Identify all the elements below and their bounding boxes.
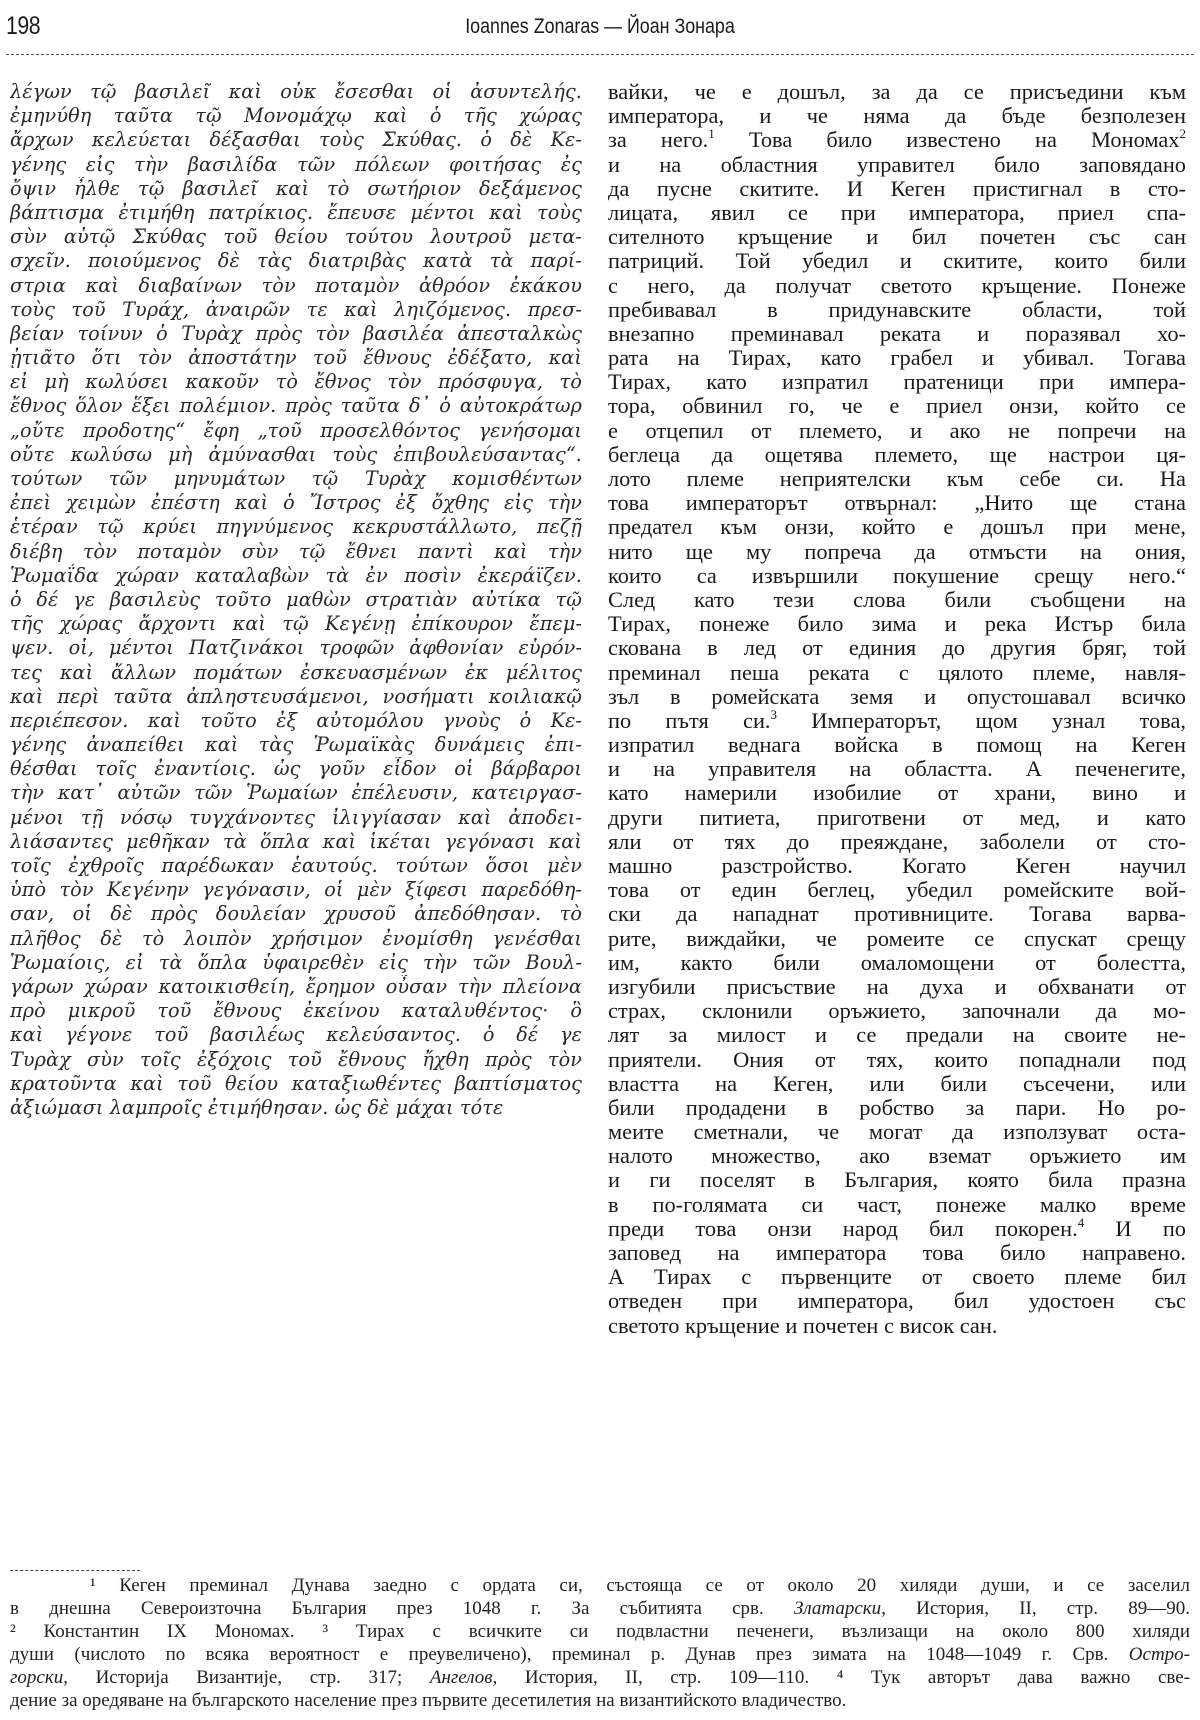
- greek-text-line: Τυρὰχ σὺν τοῖς ἐξόχοις τοῦ ἔθνους ἤχθη π…: [10, 1048, 582, 1072]
- translation-line: лото племе неприятелски към себе си. На: [608, 467, 1186, 491]
- greek-text-line: ἄρχων κελεύεται δέξασθαι τοὺς Σκύθας. ὁ …: [10, 128, 582, 152]
- greek-text-line: ᾐτιᾶτο ὅτι τὸν ἀποστάτην τοῦ ἔθνους ἐδέξ…: [10, 346, 582, 370]
- translation-line: преди това онзи народ бил покорен.4 И по: [608, 1217, 1186, 1241]
- footnote-line: горски, Историја Византије, стр. 317; Ан…: [10, 1666, 1190, 1689]
- translation-line: отведен при императора, бил удостоен със: [608, 1289, 1186, 1313]
- footnote-line: души (числото по всяка вероятност е преу…: [10, 1643, 1190, 1666]
- greek-text-line: Ῥωμαΐδα χώραν καταλαβὼν τὰ ἐν ποσὶν ἐκερ…: [10, 564, 582, 588]
- translation-line: приятели. Ония от тях, които попаднали п…: [608, 1048, 1186, 1072]
- greek-text-line: βάπτισμα ἐτιμήθη πατρίκιος. ἔπευσε μέντο…: [10, 201, 582, 225]
- translation-line: лят за милост и се предали на своите не-: [608, 1023, 1186, 1047]
- translation-line: страх, склонили оръжието, започнали да м…: [608, 999, 1186, 1023]
- translation-line: рата на Тирах, като грабел и убивал. Тог…: [608, 346, 1186, 370]
- translation-line: изгубили присъствие на духа и обхванати …: [608, 975, 1186, 999]
- page-header: 198 Ioannes Zonaras — Йоан Зонара: [6, 12, 1194, 46]
- translation-line: по пътя си.3 Императорът, щом узнал това…: [608, 709, 1186, 733]
- translation-line: сителното кръщение и бил почетен със сан: [608, 225, 1186, 249]
- greek-text-line: ὁ δέ γε βασιλεὺς τοῦτο μαθὼν στρατιὰν αὐ…: [10, 588, 582, 612]
- greek-text-line: πρὸ μικροῦ τοῦ ἔθνους ἐκείνου καταλυθέντ…: [10, 999, 582, 1023]
- translation-line: А Тирах с първенците от своето племе бил: [608, 1265, 1186, 1289]
- translation-line: нито ще му попреча да отмъсти на ония,: [608, 540, 1186, 564]
- translation-line: били продадени в робство за пари. Но ро-: [608, 1096, 1186, 1120]
- translation-line: патриций. Той убедил и скитите, които би…: [608, 249, 1186, 273]
- greek-text-line: ψεν. οἱ, μέντοι Πατζινάκοι τροφῶν ἀφθονί…: [10, 636, 582, 660]
- greek-text-line: τὴν κατ᾽ αὐτῶν τῶν Ῥωμαίων ἐπέλευσιν, κα…: [10, 781, 582, 805]
- footnote-marker: 3: [771, 709, 778, 722]
- translation-line: изпратил веднага войска в помощ на Кеген: [608, 733, 1186, 757]
- translation-line: ски да нападнат противниците. Тогава вар…: [608, 902, 1186, 926]
- translation-line: преминал пеша реката с цялото племе, нав…: [608, 661, 1186, 685]
- greek-text-line: ὑπὸ τὸν Κεγένην γεγόνασιν, οἱ μὲν ξίφεσι…: [10, 878, 582, 902]
- translation-line: вайки, че е дошъл, за да се присъедини к…: [608, 80, 1186, 104]
- translation-line: предател към онзи, който е дошъл при мен…: [608, 515, 1186, 539]
- translation-line: тора, обвинил го, че е приел онзи, който…: [608, 394, 1186, 418]
- greek-text-line: καὶ περὶ ταῦτα ἀπληστευσάμενοι, νοσήματι…: [10, 685, 582, 709]
- greek-text-line: τοὺς τοῦ Τυράχ, ἀναιρῶν τε καὶ ληιζόμενο…: [10, 298, 582, 322]
- greek-text-line: ἀξιώμασι λαμπροῖς ἐτιμήθησαν. ὡς δὲ μάχα…: [10, 1096, 582, 1120]
- footnote-line: ² Константин IX Мономах. ³ Тирах с всичк…: [10, 1620, 1190, 1643]
- translation-line: които са извършили покушение срещу него.…: [608, 564, 1186, 588]
- greek-text-line: γάρων χώραν κατοικισθείη, ἔρημον οὖσαν τ…: [10, 975, 582, 999]
- footnote-marker: 1: [708, 128, 715, 141]
- greek-text-line: „οὔτε προδοτης“ ἔφη „τοῦ προσελθόντος γε…: [10, 419, 582, 443]
- greek-text-line: εἰ μὴ κωλύσει κακοῦν τὸ ἔθνος τὸν πρόσφυ…: [10, 370, 582, 394]
- footnote-line: ¹ Кеген преминал Дунава заедно с ордата …: [10, 1574, 1190, 1597]
- greek-text-line: σχεῖν. ποιούμενος δὲ τὰς διατριβὰς κατὰ …: [10, 249, 582, 273]
- greek-text-line: πλῆθος δὲ τὸ λοιπὸν χρήσιμον ἐνομίσθη γε…: [10, 927, 582, 951]
- greek-text-line: κρατοῦντα καὶ τοῦ θείου καταξιωθέντες βα…: [10, 1072, 582, 1096]
- greek-text-line: τῆς χώρας ἄρχοντι καὶ τῷ Κεγένῃ ἐπίκουρο…: [10, 612, 582, 636]
- translation-line: им, както били омаломощени от болестта,: [608, 951, 1186, 975]
- translation-line: други питиета, приготвени от мед, и като: [608, 806, 1186, 830]
- cited-author: Ангелов: [430, 1667, 493, 1688]
- footnote-marker: 4: [1078, 1217, 1085, 1230]
- greek-text-line: Ῥωμαίοις, εἰ τὰ ὅπλα ὑφαιρεθὲν εἰς τὴν τ…: [10, 951, 582, 975]
- header-rule: [6, 54, 1194, 55]
- translation-line: Тирах, като изпратил пратеници при импер…: [608, 370, 1186, 394]
- greek-text-line: γένης εἰς τὴν βασιλίδα τῶν πόλεων φοιτήσ…: [10, 153, 582, 177]
- translation-line: в по-голямата си част, понеже малко врем…: [608, 1193, 1186, 1217]
- bulgarian-translation-column: вайки, че е дошъл, за да се присъедини к…: [608, 80, 1186, 1338]
- greek-text-line: διέβη τὸν ποταμὸν σὺν τῷ ἔθνει παντὶ καὶ…: [10, 540, 582, 564]
- cited-author: горски: [10, 1667, 63, 1688]
- translation-line: лицата, явил се при императора, приел сп…: [608, 201, 1186, 225]
- cited-author: Остро-: [1129, 1644, 1190, 1665]
- translation-line: беглеца да ощетява племето, ще настрои ц…: [608, 443, 1186, 467]
- greek-text-line: στρια καὶ διαβαίνων τὸν ποταμὸν ἀθρόον ἐ…: [10, 274, 582, 298]
- translation-line: императора, и че няма да бъде безполезен: [608, 104, 1186, 128]
- footnote-rule: [10, 1570, 140, 1571]
- greek-text-line: καὶ γέγονε τοῦ βασιλέως κελεύσαντος. ὁ δ…: [10, 1023, 582, 1047]
- translation-line: машно разстройство. Когато Кеген научил: [608, 854, 1186, 878]
- greek-text-line: γένης ἀναπείθει καὶ τὰς Ῥωμαϊκὰς δυνάμει…: [10, 733, 582, 757]
- greek-text-line: θέσθαι τοῖς ἐναντίοις. ὡς γοῦν εἶδον οἱ …: [10, 757, 582, 781]
- running-title: Ioannes Zonaras — Йоан Зонара: [95, 15, 1105, 39]
- greek-text-line: βείαν τοίνυν ὁ Τυρὰχ πρὸς τὸν βασιλέα ἀπ…: [10, 322, 582, 346]
- greek-text-line: ἐπεὶ χειμὼν ἐπέστη καὶ ὁ Ἴστρος ἐξ ὄχθης…: [10, 491, 582, 515]
- footnote-line: дение за оредяване на българското населе…: [10, 1689, 1190, 1712]
- translation-line: светото кръщение и почетен с висок сан.: [608, 1314, 1186, 1338]
- translation-line: налото множество, ако вземат оръжието им: [608, 1144, 1186, 1168]
- translation-line: заповед на императора това било направен…: [608, 1241, 1186, 1265]
- greek-text-line: περιέπεσον. καὶ τοῦτο ἐξ αὐτομόλου γνοὺς…: [10, 709, 582, 733]
- greek-text-line: λέγων τῷ βασιλεῖ καὶ οὐκ ἔσεσθαι οἱ ἀσυν…: [10, 80, 582, 104]
- translation-line: пребивавал в придунавските области, той: [608, 298, 1186, 322]
- cited-author: Златарски: [794, 1598, 881, 1619]
- translation-line: властта на Кеген, или били съсечени, или: [608, 1072, 1186, 1096]
- translation-line: внезапно преминавал реката и поразявал х…: [608, 322, 1186, 346]
- translation-line: и на областния управител било заповядано: [608, 153, 1186, 177]
- page-number: 198: [6, 12, 40, 41]
- greek-text-column: λέγων τῷ βασιλεῖ καὶ οὐκ ἔσεσθαι οἱ ἀσυν…: [10, 80, 582, 1120]
- translation-line: това императорът отвърнал: „Нито ще стан…: [608, 491, 1186, 515]
- translation-line: да пусне скитите. И Кеген пристигнал в с…: [608, 177, 1186, 201]
- greek-text-line: ἔθνος ὅλον ἕξει πολέμιον. πρὸς ταῦτα δ᾽ …: [10, 394, 582, 418]
- translation-line: яли от тях до преяждане, заболели от сто…: [608, 830, 1186, 854]
- translation-line: е отцепил от племето, и ако не попречи н…: [608, 419, 1186, 443]
- translation-line: това от един беглец, убедил ромейските в…: [608, 878, 1186, 902]
- greek-text-line: ἐμηνύθη ταῦτα τῷ Μονομάχῳ καὶ ὁ τῆς χώρα…: [10, 104, 582, 128]
- translation-line: След като тези слова били съобщени на: [608, 588, 1186, 612]
- footnote-marker: 2: [1180, 128, 1187, 141]
- translation-line: като намерили изобилие от храни, вино и: [608, 781, 1186, 805]
- greek-text-line: ὄψιν ἦλθε τῷ βασιλεῖ καὶ τὸ σωτήριον δεξ…: [10, 177, 582, 201]
- translation-line: за него.1 Това било известено на Мономах…: [608, 128, 1186, 152]
- footnotes: ¹ Кеген преминал Дунава заедно с ордата …: [10, 1574, 1190, 1712]
- greek-text-line: λιάσαντες μεθῆκαν τὰ ὅπλα καὶ ἱκέται γεγ…: [10, 830, 582, 854]
- translation-line: с него, да получат светото кръщение. Пон…: [608, 274, 1186, 298]
- translation-line: Тирах, понеже било зима и река Истър бил…: [608, 612, 1186, 636]
- greek-text-line: ἑτέραν τῷ κρύει πηγνύμενος κεκρυστάλλωτο…: [10, 515, 582, 539]
- translation-line: меите сметнали, че могат да използуват о…: [608, 1120, 1186, 1144]
- greek-text-line: τούτων τῶν μηνυμάτων τῷ Τυρὰχ κομισθέντω…: [10, 467, 582, 491]
- footnote-line: в днешна Североизточна България през 104…: [10, 1597, 1190, 1620]
- translation-line: зъл в ромейската земя и опустошавал всич…: [608, 685, 1186, 709]
- greek-text-line: τοῖς ἐχθροῖς παρέδωκαν ἑαυτούς. τούτων ὅ…: [10, 854, 582, 878]
- greek-text-line: σὺν αὐτῷ Σκύθας τοῦ θείου τούτου λουτροῦ…: [10, 225, 582, 249]
- translation-line: и на управителя на областта. А печенегит…: [608, 757, 1186, 781]
- greek-text-line: οὔτε κωλύσω μὴ ἀμύνασθαι τοὺς ἐπιβουλεύσ…: [10, 443, 582, 467]
- greek-text-line: σαν, οἱ δὲ πρὸς δουλείαν χρυσοῦ ἀπεδόθησ…: [10, 902, 582, 926]
- translation-line: скована в лед от единия до другия бряг, …: [608, 636, 1186, 660]
- greek-text-line: μένοι τῇ νόσῳ τυγχάνοντες ἰλιγγίασαν καὶ…: [10, 806, 582, 830]
- translation-line: и ги поселят в България, която била праз…: [608, 1168, 1186, 1192]
- greek-text-line: τες καὶ ἄλλων πομάτων ἐσκευασμένων ἐκ μέ…: [10, 661, 582, 685]
- translation-line: рите, виждайки, че ромеите се спускат ср…: [608, 927, 1186, 951]
